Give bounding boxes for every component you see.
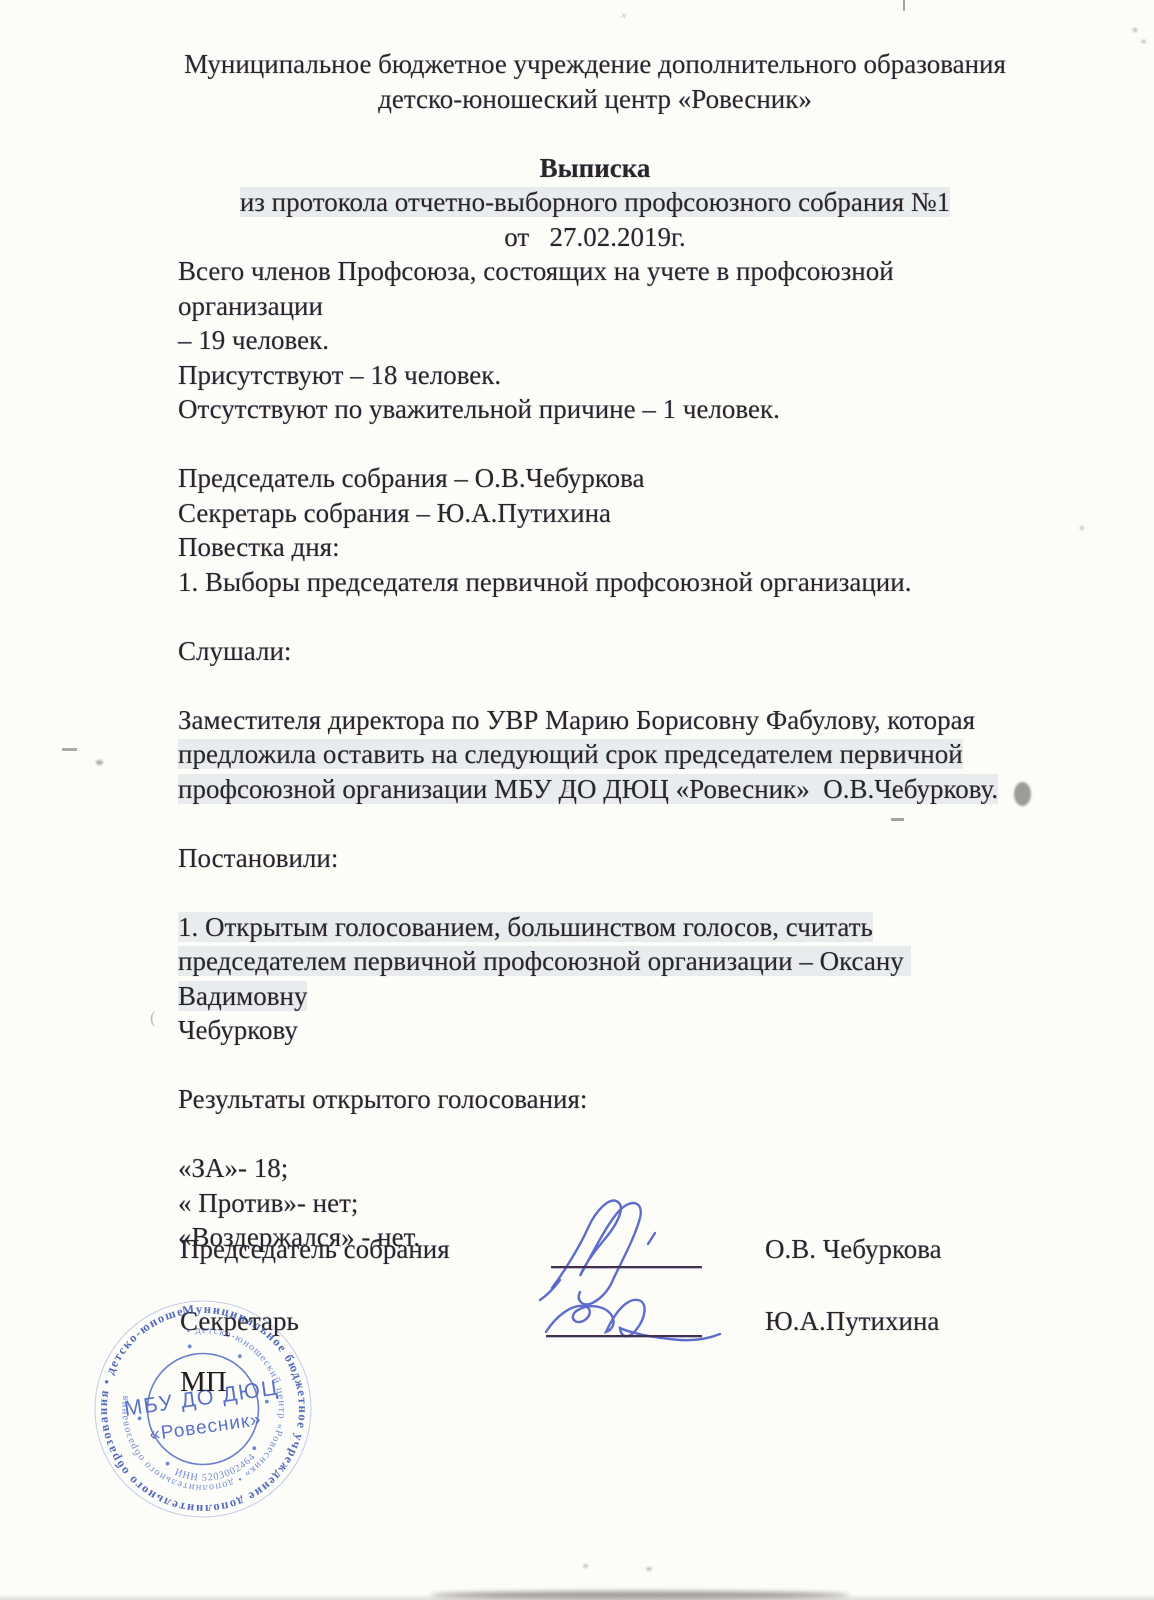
secretary-name: Ю.А.Путихина (765, 1304, 939, 1339)
body-line: 1. Выборы председателя первичной профсою… (178, 565, 1012, 600)
spacer (178, 668, 1012, 703)
body-line: 1. Открытым голосованием, большинством г… (178, 910, 1012, 945)
body-line: Всего членов Профсоюза, состоящих на уче… (178, 254, 1012, 323)
body-line: Результаты открытого голосования: (178, 1082, 1012, 1117)
body-line: Отсутствуют по уважительной причине – 1 … (178, 392, 1012, 427)
document-body: Всего членов Профсоюза, состоящих на уче… (178, 254, 1012, 1255)
chairman-signature-line (551, 1266, 702, 1268)
signature-row-chairman: Председатель собрания О.В. Чебуркова (178, 1200, 1038, 1276)
body-line: председателем первичной профсоюзной орга… (178, 944, 1012, 1013)
body-line: «ЗА»- 18; (178, 1151, 1012, 1186)
spacer (178, 1048, 1012, 1083)
secretary-signature-line (546, 1335, 702, 1337)
document-page: Муниципальное бюджетное учреждение допол… (0, 0, 1154, 1600)
scan-artifact (646, 1567, 652, 1571)
body-line: – 19 человек. (178, 323, 1012, 358)
body-line: Чебуркову (178, 1013, 1012, 1048)
scan-edge-smudge (430, 1591, 850, 1599)
spacer (178, 875, 1012, 910)
chairman-label: Председатель собрания (180, 1232, 450, 1267)
document-title: Выписка (178, 151, 1012, 186)
organization-stamp: Муниципальное бюджетное учреждение допол… (86, 1292, 320, 1526)
spacer (178, 599, 1012, 634)
scan-artifact (583, 1564, 588, 1568)
spacer (178, 427, 1012, 462)
org-name-line2: детско-юношеский центр «Ровесник» (178, 82, 1012, 117)
spacer (178, 806, 1012, 841)
mp-seal-marker: МП (180, 1366, 227, 1399)
document-content: Муниципальное бюджетное учреждение допол… (0, 0, 1154, 1255)
document-date: от 27.02.2019г. (178, 220, 1012, 255)
body-line: профсоюзной организации МБУ ДО ДЮЦ «Рове… (178, 772, 1012, 807)
body-line: Постановили: (178, 841, 1012, 876)
body-line: предложила оставить на следующий срок пр… (178, 737, 1012, 772)
body-line: Присутствуют – 18 человек. (178, 358, 1012, 393)
body-line: Председатель собрания – О.В.Чебуркова (178, 461, 1012, 496)
chairman-name: О.В. Чебуркова (765, 1232, 942, 1267)
body-line: Повестка дня: (178, 530, 1012, 565)
org-name-line1: Муниципальное бюджетное учреждение допол… (178, 47, 1012, 82)
document-subtitle: из протокола отчетно-выборного профсоюзн… (178, 185, 1012, 220)
spacer (178, 116, 1012, 151)
scan-bottom-edge (0, 1594, 1154, 1600)
body-line: Слушали: (178, 634, 1012, 669)
spacer (178, 1117, 1012, 1152)
body-line: Заместителя директора по УВР Марию Борис… (178, 703, 1012, 738)
secretary-signature-scribble (536, 1290, 726, 1350)
body-line: Секретарь собрания – Ю.А.Путихина (178, 496, 1012, 531)
